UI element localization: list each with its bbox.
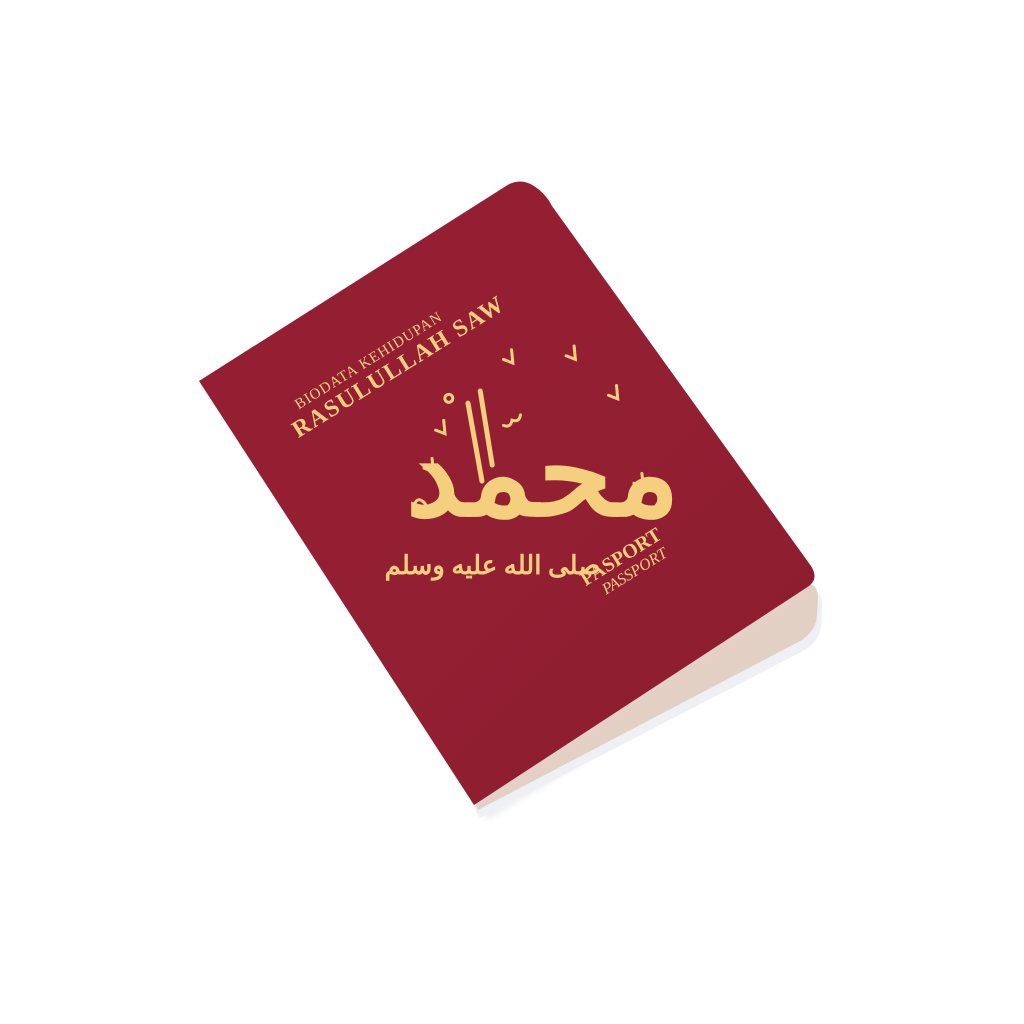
calligraphy-muhammad: محمد [406,408,680,541]
passport-illustration: BIODATA KEHIDUPAN RASULULLAH SAW محمد صل… [0,0,1024,1024]
calligraphy-blessing: صلى الله عليه وسلم [385,551,601,581]
passport-scene: BIODATA KEHIDUPAN RASULULLAH SAW محمد صل… [0,0,1024,1024]
